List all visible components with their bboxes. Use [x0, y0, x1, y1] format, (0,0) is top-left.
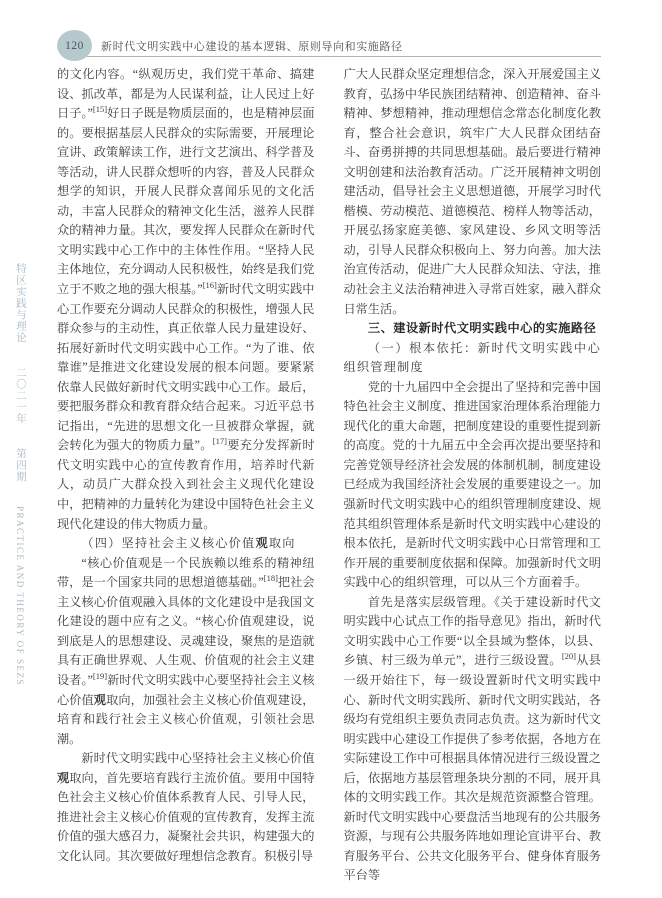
- right-column: 广大人民群众坚定理想信念，深入开展爱国主义教育，弘扬中华民族团结精神、创造精神、…: [344, 65, 602, 886]
- sidebar-issue-year: 二〇二一年: [13, 367, 28, 425]
- sub-heading: （一）根本依托：新时代文明实践中心组织管理制度: [344, 339, 602, 378]
- paragraph: 的文化内容。“纵观历史，我们党干革命、搞建设、抓改革，都是为人民谋利益，让人民过…: [57, 65, 315, 534]
- left-column: 的文化内容。“纵观历史，我们党干革命、搞建设、抓改革，都是为人民谋利益，让人民过…: [57, 65, 315, 886]
- journal-sidebar: 特区实践与理论 二〇二一年 第四期 PRACTICE AND THEORY OF…: [13, 263, 28, 663]
- running-title: 新时代文明实践中心建设的基本逻辑、原则导向和实施路径: [101, 38, 403, 54]
- page-number: 120: [65, 40, 84, 52]
- sidebar-journal-title-en: PRACTICE AND THEORY OF SEZS: [15, 506, 25, 686]
- sub-heading: （四）坚持社会主义核心价值观取向: [57, 534, 315, 554]
- paragraph: 新时代文明实践中心坚持社会主义核心价值观取向，首先要培育践行主流价值。要用中国特…: [57, 749, 315, 866]
- paragraph: 首先是落实层级管理。《关于建设新时代文明实践中心试点工作的指导意见》指出，新时代…: [344, 593, 602, 886]
- header-rule: [87, 56, 601, 57]
- paragraph: “核心价值观是一个民族赖以维系的精神纽带，是一个国家共同的思想道德基础。”[18…: [57, 554, 315, 749]
- paragraph: 广大人民群众坚定理想信念，深入开展爱国主义教育，弘扬中华民族团结精神、创造精神、…: [344, 65, 602, 319]
- paragraph: 党的十九届四中全会提出了坚持和完善中国特色社会主义制度、推进国家治理体系治理能力…: [344, 378, 602, 593]
- article-body: 的文化内容。“纵观历史，我们党干革命、搞建设、抓改革，都是为人民谋利益，让人民过…: [57, 65, 601, 886]
- sidebar-issue-number: 第四期: [13, 448, 28, 483]
- sidebar-journal-title-cn: 特区实践与理论: [13, 263, 28, 344]
- section-heading: 三、建设新时代文明实践中心的实施路径: [344, 319, 602, 339]
- journal-page: 120 新时代文明实践中心建设的基本逻辑、原则导向和实施路径 特区实践与理论 二…: [0, 0, 662, 898]
